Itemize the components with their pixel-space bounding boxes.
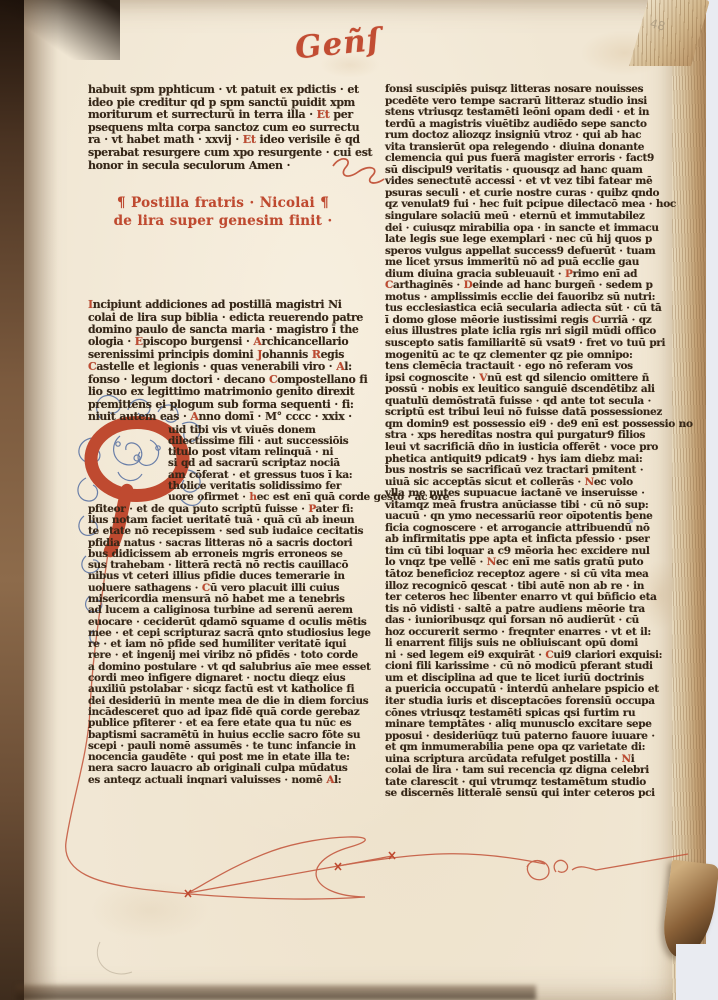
foxing-stain: [90, 880, 210, 940]
rubricated-letter: C: [269, 373, 277, 386]
rubricated-letter: P: [565, 268, 573, 280]
text-line: nibus vt ceteri illius pfidie duces teme…: [88, 571, 380, 582]
right-text-column: fonsi suscipiēs puisqz litteras nosare n…: [385, 84, 675, 800]
left-text-column: habuit spm pphticum · vt patuit ex pdict…: [88, 84, 380, 786]
text-line: iter studia iuris et disceptacōes forens…: [385, 696, 675, 708]
rubricated-letter: P: [308, 503, 315, 515]
text-line: niuit autem eas · Anno domī · M° cccc · …: [88, 411, 380, 423]
book-fore-edge: [672, 0, 706, 1000]
rubricated-letter: R: [312, 348, 321, 361]
illuminated-initial-space: Q: [88, 425, 168, 494]
text-line: lio suo ex legittimo matrimonio genito d…: [88, 386, 380, 398]
rubricated-letter: C: [88, 360, 96, 373]
text-line: uore ofirmet · hec est enī quā corde ges…: [88, 492, 380, 503]
prologue-paragraph-continued: uore ofirmet · hec est enī quā corde ges…: [88, 492, 380, 786]
text-line: fonsi suscipiēs puisqz litteras nosare n…: [385, 84, 675, 96]
rubricated-letter: E: [135, 335, 143, 348]
prologue-paragraph: Q uid tibi vis vt viuēs donemdilectissim…: [88, 425, 380, 493]
rubricated-letter: D: [464, 279, 473, 291]
rubricated-letter: A: [336, 360, 344, 373]
text-line: de lira super genesim finit ·: [88, 213, 358, 231]
text-line: se discernēs litteralē sensū qui inter c…: [385, 788, 675, 800]
text-line: ¶ Postilla fratris · Nicolai ¶: [88, 195, 358, 213]
rubricated-letter: A: [326, 774, 334, 786]
rubricated-letter: C: [385, 279, 393, 291]
text-line: et qm inmumerabilia pene opa qz varietat…: [385, 742, 675, 754]
background: [676, 944, 718, 1000]
text-line: minare temptātes · aliq munusclo excitar…: [385, 719, 675, 731]
text-line: suscepto satis familiaritē sū vsat9 · fr…: [385, 338, 675, 350]
photograph-of-incunabulum-page: { "page": { "running_header": "Geñſ", "f…: [0, 0, 718, 1000]
text-line: late legis sue lege exemplari · nec cū h…: [385, 234, 675, 246]
text-line: Castelle et legionis · quas venerabili v…: [88, 361, 380, 373]
rubricated-letter: N: [585, 476, 594, 488]
rubricated-letter: Et: [317, 108, 330, 121]
text-line: leui vt sacrificiā dño in iusticia offer…: [385, 442, 675, 454]
explicit-rubric: ¶ Postilla fratris · Nicolai ¶de lira su…: [88, 195, 358, 230]
rubricated-letter: h: [249, 491, 256, 503]
text-line: tens clemēcia tractauit · ego nō referam…: [385, 361, 675, 373]
text-line: auxiliū pstolabar · sicqz factū est vt k…: [88, 684, 380, 695]
book-bottom-edge-shadow: [16, 985, 536, 1000]
text-line: stens vtriusqz testamēti leōni opam dedi…: [385, 107, 675, 119]
rubricated-letter: N: [622, 753, 631, 765]
rubricated-letter: I: [88, 298, 93, 311]
rubricated-letter: A: [190, 410, 198, 423]
rubricated-letter: C: [202, 582, 210, 594]
rubricated-letter: C: [545, 649, 553, 661]
text-line: rum doctoz aliozqz insigniū vtroz · qui …: [385, 130, 675, 142]
rubricated-letter: Et: [243, 133, 256, 146]
text-line: ad lucem a caliginosa turbine ad serenū …: [88, 605, 380, 616]
text-line: vlla me putes supuacue iactanē ve inseru…: [385, 488, 675, 500]
text-line: publice pfiterer · et ea fere etate qua …: [88, 718, 380, 729]
rubricated-letter: N: [487, 556, 496, 568]
text-line: ter ceteros hec libenter enarro vt qui b…: [385, 592, 675, 604]
rubricated-letter: A: [253, 335, 261, 348]
text-line: Incipiunt addiciones ad postillā magistr…: [88, 299, 380, 311]
rubricated-letter: J: [257, 348, 262, 361]
text-line: bus nostris se sacrificaū vez tractari p…: [385, 465, 675, 477]
text-line: das · iunioribusqz qui forsan nō audierū…: [385, 615, 675, 627]
text-line: singulare solaciū meū · eternū et immuta…: [385, 211, 675, 223]
binding-gutter: [0, 0, 24, 1000]
text-line: es anteqz actuali inqnari valuisses · no…: [88, 775, 380, 786]
rubricated-letter: V: [479, 372, 487, 384]
incipit-paragraph: Incipiunt addiciones ad postillā magistr…: [88, 299, 380, 423]
text-line: tātoz beneficioz receptoz agere · si cū …: [385, 569, 675, 581]
text-line: te etate nō recepissem · sed sub iudaice…: [88, 526, 380, 537]
